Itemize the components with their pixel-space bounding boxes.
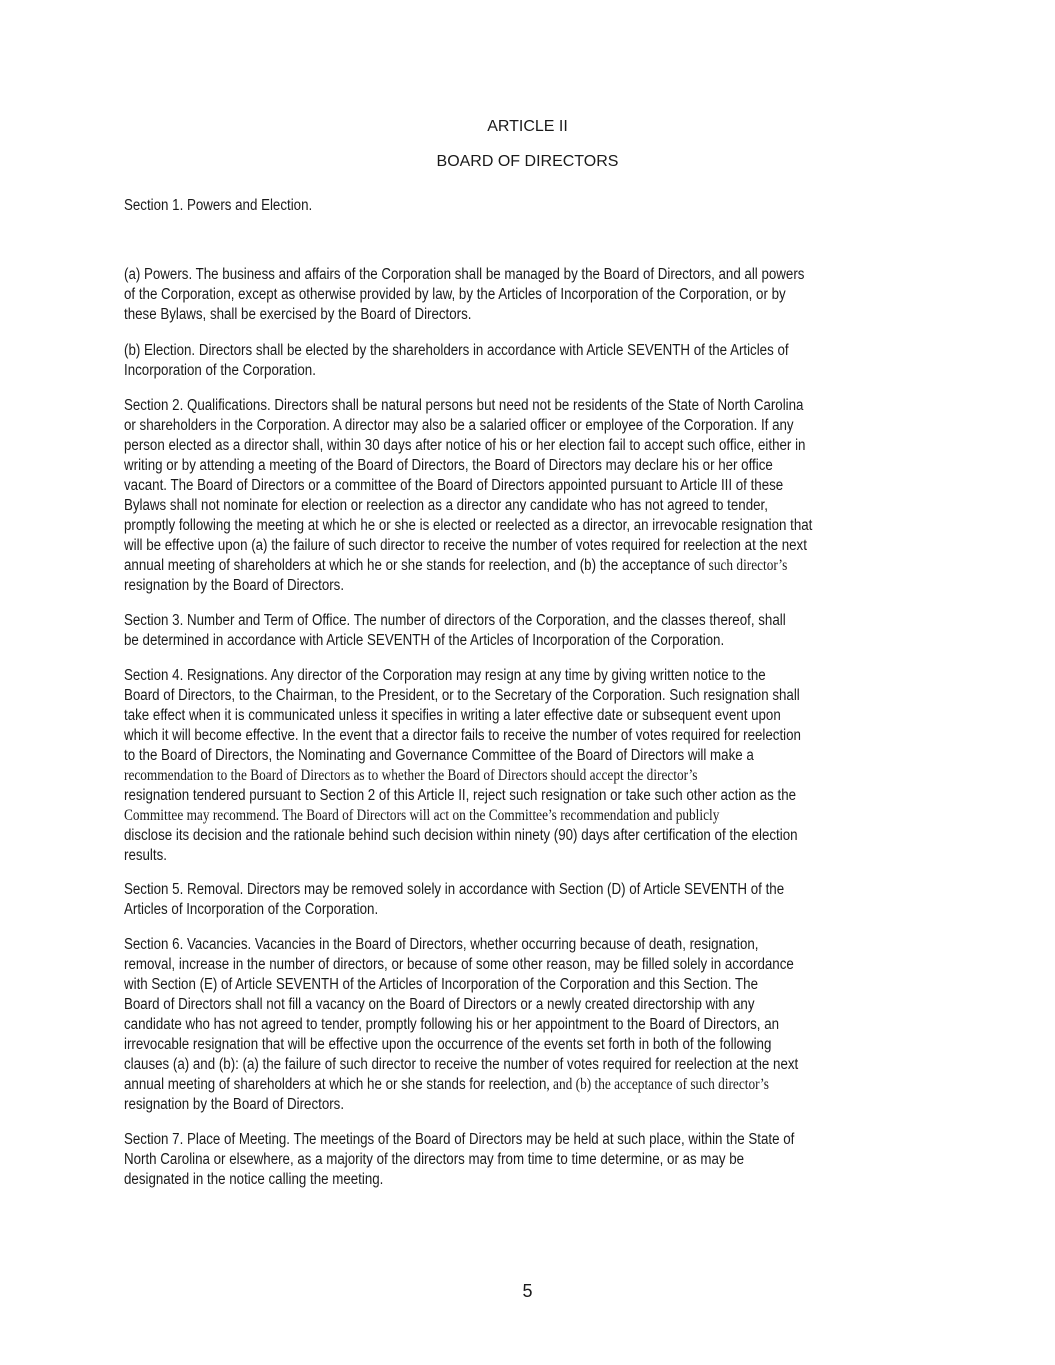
section-1-heading: Section 1. Powers and Election. <box>124 196 312 216</box>
article-title: BOARD OF DIRECTORS <box>0 153 1055 171</box>
text-segment-serif: , and (b) the acceptance of such directo… <box>546 1076 769 1093</box>
text-line: North Carolina or elsewhere, as a majori… <box>124 1150 744 1170</box>
text-line: person elected as a director shall, with… <box>124 436 805 456</box>
text-line: Committee may recommend. The Board of Di… <box>124 806 719 826</box>
text-line: annual meeting of shareholders at which … <box>124 556 787 576</box>
text-line: with Section (E) of Article SEVENTH of t… <box>124 975 758 995</box>
text-line: Section 2. Qualifications. Directors sha… <box>124 396 803 416</box>
text-line: Articles of Incorporation of the Corpora… <box>124 900 378 920</box>
text-line: resignation by the Board of Directors. <box>124 1095 344 1115</box>
text-line: Section 4. Resignations. Any director of… <box>124 666 766 686</box>
text-line: Section 3. Number and Term of Office. Th… <box>124 611 786 631</box>
text-line: will be effective upon (a) the failure o… <box>124 536 807 556</box>
text-line: clauses (a) and (b): (a) the failure of … <box>124 1055 798 1075</box>
text-line: candidate who has not agreed to tender, … <box>124 1015 779 1035</box>
text-line: results. <box>124 846 167 866</box>
text-line: vacant. The Board of Directors or a comm… <box>124 476 783 496</box>
text-line: Section 7. Place of Meeting. The meeting… <box>124 1130 794 1150</box>
article-heading: ARTICLE II <box>0 118 1055 136</box>
text-line: Bylaws shall not nominate for election o… <box>124 496 768 516</box>
text-line: be determined in accordance with Article… <box>124 631 724 651</box>
text-line: designated in the notice calling the mee… <box>124 1170 383 1190</box>
text-line: Incorporation of the Corporation. <box>124 361 316 381</box>
text-line: recommendation to the Board of Directors… <box>124 766 697 786</box>
text-line: Section 6. Vacancies. Vacancies in the B… <box>124 935 759 955</box>
text-line: promptly following the meeting at which … <box>124 516 812 536</box>
text-line: which it will become effective. In the e… <box>124 726 801 746</box>
text-segment: annual meeting of shareholders at which … <box>124 557 709 574</box>
document-page: ARTICLE II BOARD OF DIRECTORS Section 1.… <box>0 0 1055 1365</box>
text-line: disclose its decision and the rationale … <box>124 826 798 846</box>
text-line: take effect when it is communicated unle… <box>124 706 781 726</box>
text-line: Board of Directors shall not fill a vaca… <box>124 995 755 1015</box>
text-line: (a) Powers. The business and affairs of … <box>124 265 804 285</box>
text-line: resignation tendered pursuant to Section… <box>124 786 796 806</box>
text-line: (b) Election. Directors shall be elected… <box>124 341 789 361</box>
text-line: Board of Directors, to the Chairman, to … <box>124 686 800 706</box>
text-line: writing or by attending a meeting of the… <box>124 456 773 476</box>
page-number: 5 <box>0 1281 1055 1302</box>
text-segment: annual meeting of shareholders at which … <box>124 1076 546 1093</box>
text-segment-serif: such director’s <box>709 557 788 574</box>
text-line: or shareholders in the Corporation. A di… <box>124 416 794 436</box>
text-line: annual meeting of shareholders at which … <box>124 1075 769 1095</box>
text-line: Section 5. Removal. Directors may be rem… <box>124 880 784 900</box>
text-line: of the Corporation, except as otherwise … <box>124 285 786 305</box>
text-line: irrevocable resignation that will be eff… <box>124 1035 771 1055</box>
text-line: removal, increase in the number of direc… <box>124 955 794 975</box>
text-line: resignation by the Board of Directors. <box>124 576 344 596</box>
text-line: to the Board of Directors, the Nominatin… <box>124 746 754 766</box>
text-line: these Bylaws, shall be exercised by the … <box>124 305 471 325</box>
